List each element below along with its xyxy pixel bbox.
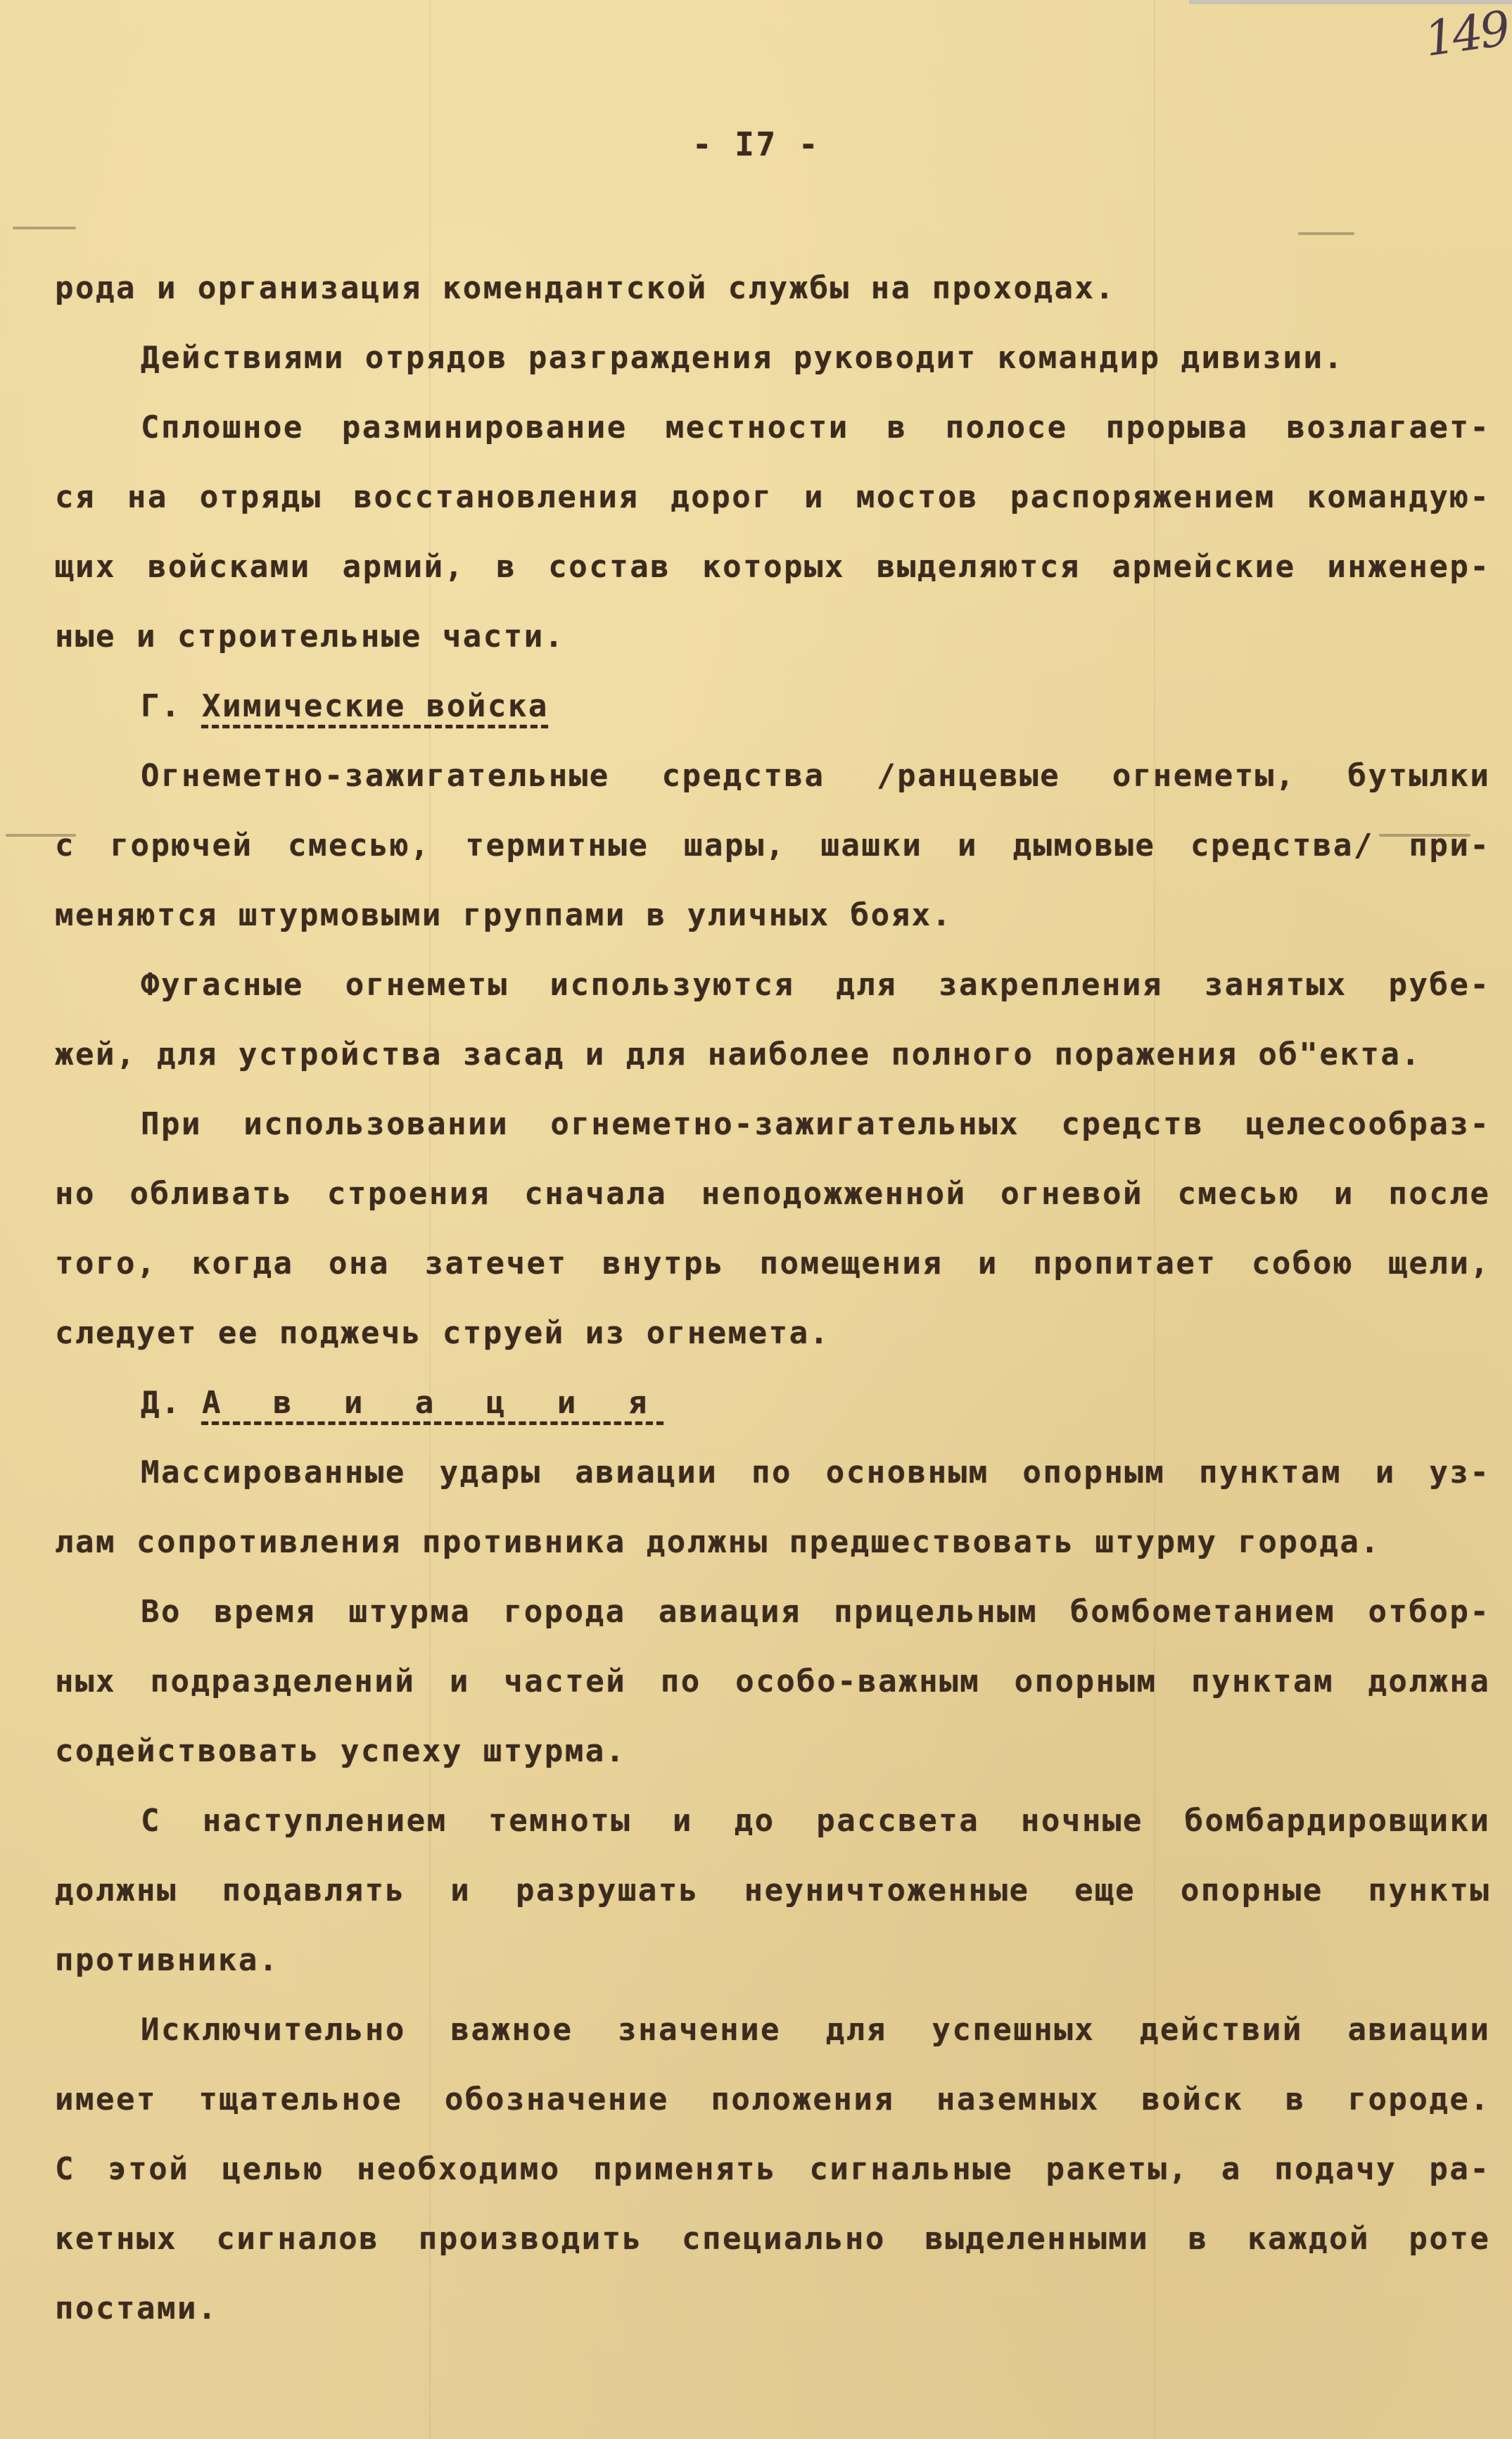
section-letter: Г.	[141, 688, 202, 724]
text-line: меняются штурмовыми группами в уличных б…	[55, 894, 953, 937]
text-line: но обливать строения сначала неподожженн…	[55, 1173, 1490, 1215]
section-heading: Г. Химические войска	[141, 685, 549, 728]
section-letter: Д.	[141, 1385, 202, 1421]
text-line: постами.	[55, 2288, 218, 2330]
section-title: А в и а ц и я	[202, 1385, 663, 1421]
text-line: кетных сигналов производить специально в…	[55, 2218, 1490, 2260]
text-line: Исключительно важное значение для успешн…	[141, 2009, 1490, 2051]
document-page: 149 - I7 - рода и организация комендантс…	[0, 0, 1512, 2439]
text-line: ных подразделений и частей по особо-важн…	[55, 1661, 1490, 1703]
ink-smudge	[1298, 232, 1354, 235]
text-line: того, когда она затечет внутрь помещения…	[55, 1243, 1490, 1285]
text-line: Действиями отрядов разграждения руководи…	[141, 337, 1344, 379]
text-line: рода и организация комендантской службы …	[55, 267, 1116, 310]
text-line: лам сопротивления противника должны пред…	[55, 1521, 1380, 1564]
text-line: Сплошное разминирование местности в поло…	[141, 407, 1490, 449]
text-line: Во время штурма города авиация прицельны…	[141, 1591, 1490, 1633]
text-line: С этой целью необходимо применять сигнал…	[55, 2148, 1490, 2191]
text-line: Огнеметно-зажигательные средства /ранцев…	[141, 755, 1490, 797]
text-line: должны подавлять и разрушать неуничтожен…	[55, 1870, 1490, 1912]
text-line: С наступлением темноты и до рассвета ноч…	[141, 1800, 1490, 1842]
text-line: ные и строительные части.	[55, 616, 565, 658]
section-title: Химические войска	[202, 688, 549, 724]
text-line: следует ее поджечь струей из огнемета.	[55, 1312, 830, 1355]
text-line: противника.	[55, 1939, 279, 1982]
text-line: жей, для устройства засад и для наиболее…	[55, 1034, 1421, 1076]
page-number: - I7 -	[0, 125, 1512, 163]
text-line: Фугасные огнеметы используются для закре…	[141, 964, 1490, 1006]
text-line: При использовании огнеметно-зажигательны…	[141, 1103, 1490, 1146]
text-line: имеет тщательное обозначение положения н…	[55, 2079, 1490, 2121]
text-line: содействовать успеху штурма.	[55, 1730, 626, 1773]
archive-folio-number: 149	[1421, 1, 1511, 68]
scan-edge	[1189, 0, 1512, 4]
text-line: с горючей смесью, термитные шары, шашки …	[55, 825, 1490, 867]
text-line: Массированные удары авиации по основным …	[141, 1452, 1490, 1494]
text-line: ся на отряды восстановления дорог и мост…	[55, 476, 1490, 519]
text-line: щих войсками армий, в состав которых выд…	[55, 546, 1490, 588]
section-heading: Д. А в и а ц и я	[141, 1382, 663, 1424]
ink-smudge	[13, 227, 76, 229]
